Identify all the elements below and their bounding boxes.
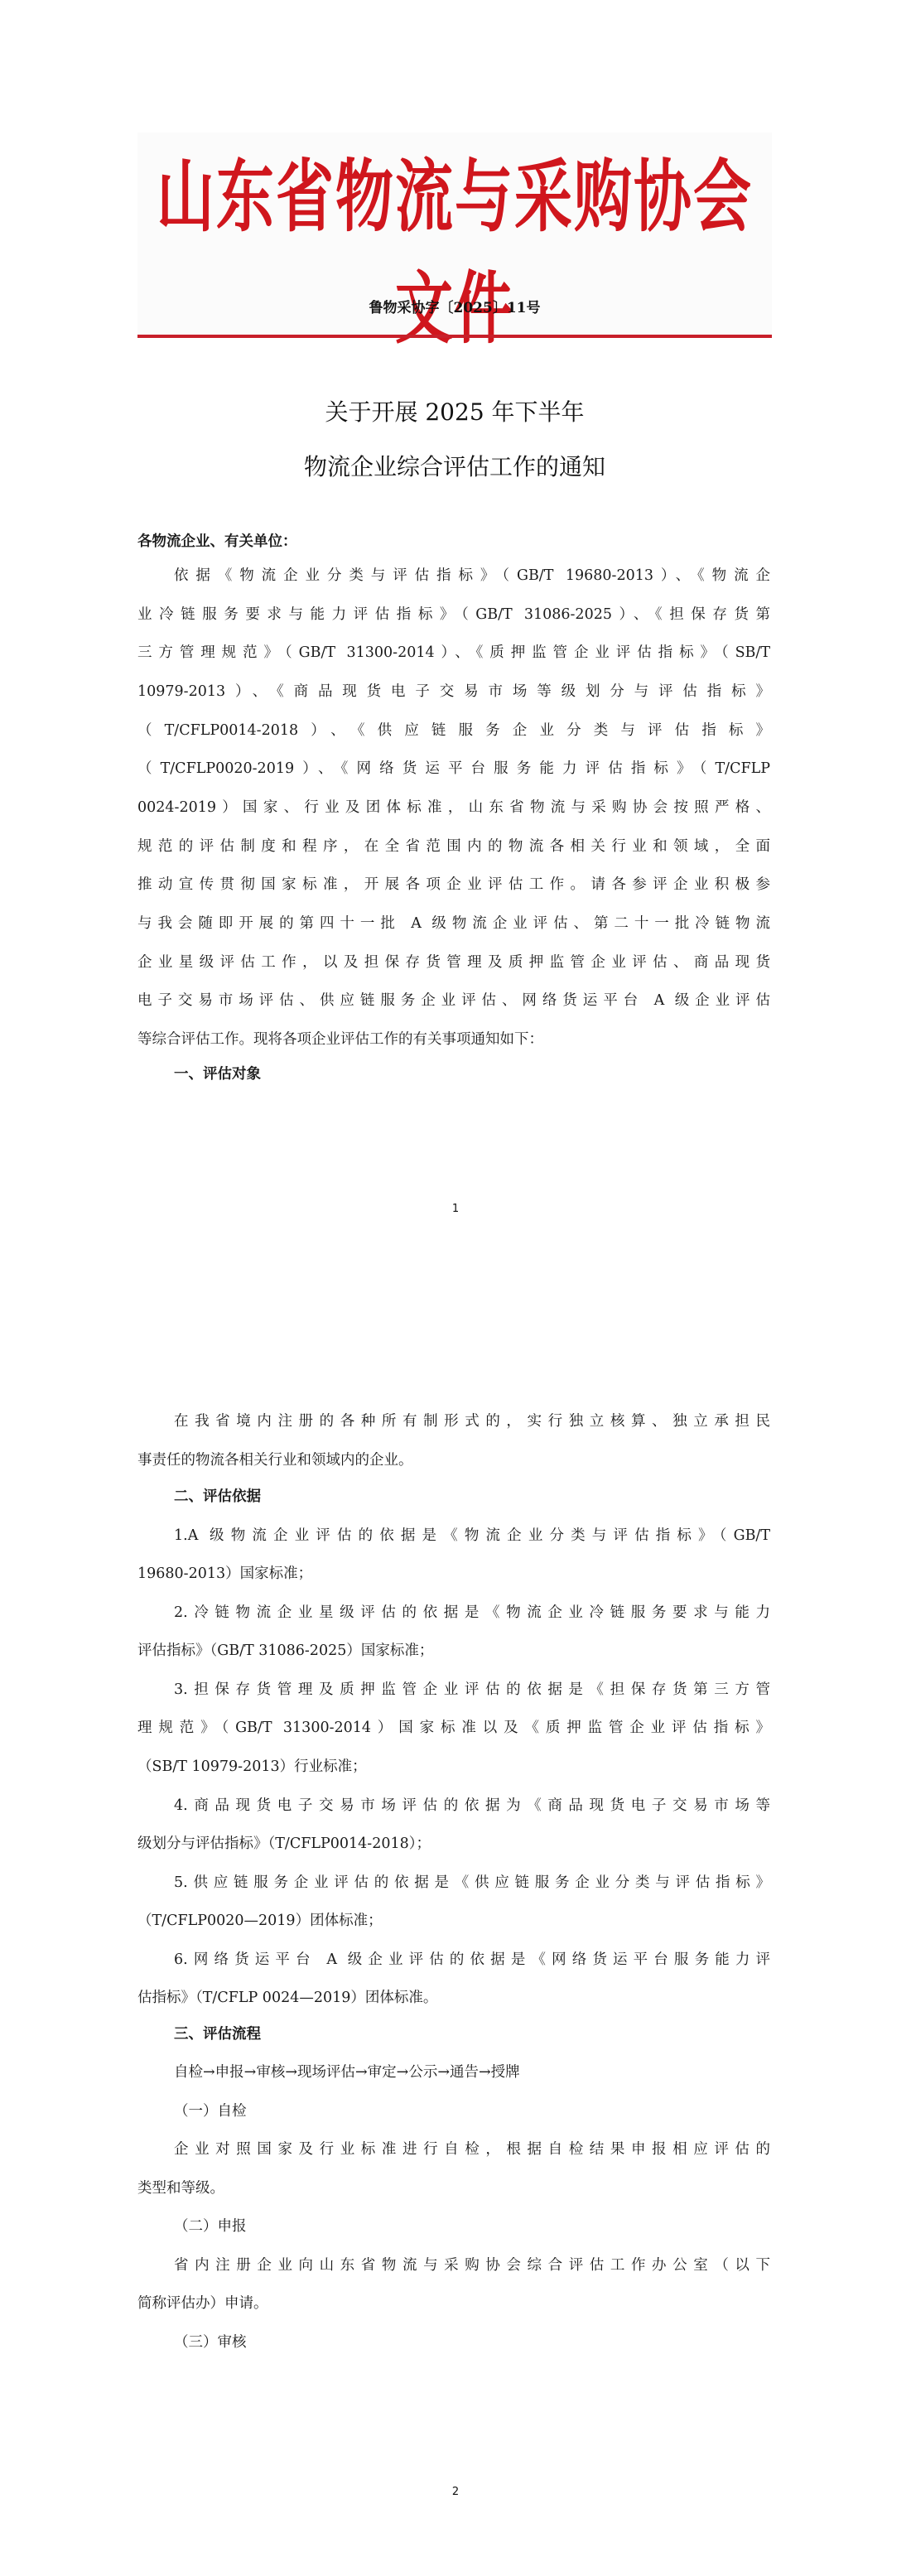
basis-item-2: 2.冷链物流企业星级评估的依据是《物流企业冷链服务要求与能力 [174,1601,770,1624]
basis-item-1-cont: 19680-2013）国家标准； [137,1562,770,1585]
basis-item-4-cont: 级划分与评估指标》（T/CFLP0014-2018）； [137,1832,770,1855]
intro-line: 业冷链服务要求与能力评估指标》（GB/T 31086-2025）、《担保存货第 [137,603,770,626]
section-heading-evaluation-basis: 二、评估依据 [174,1485,770,1508]
letterhead-banner: 山东省物流与采购协会文件 鲁物采协字〔2025〕11号 [137,133,772,336]
intro-line: 企业星级评估工作，以及担保存货管理及质押监管企业评估、商品现货 [137,951,770,974]
intro-line: 依据《物流企业分类与评估指标》（GB/T 19680-2013）、《物流企 [174,564,770,587]
intro-line: （T/CFLP0020-2019）、《网络货运平台服务能力评估指标》（T/CFL… [137,757,770,780]
intro-line: 规范的评估制度和程序，在全省范围内的物流各相关行业和领域，全面 [137,835,770,858]
basis-item-2-cont: 评估指标》（GB/T 31086-2025）国家标准； [137,1639,770,1662]
document-number: 鲁物采协字〔2025〕11号 [137,298,772,318]
section-heading-evaluation-process: 三、评估流程 [174,2023,770,2046]
org-letterhead-title: 山东省物流与采购协会文件 [137,141,772,364]
intro-line: 10979-2013）、《商品现货电子交易市场等级划分与评估指标》 [137,680,770,703]
notice-title-line2: 物流企业综合评估工作的通知 [137,452,772,482]
intro-line: 电子交易市场评估、供应链服务企业评估、网络货运平台 A 级企业评估 [137,989,770,1012]
process-flow: 自检→申报→审核→现场评估→审定→公示→通告→授牌 [174,2061,770,2084]
basis-item-4: 4.商品现货电子交易市场评估的依据为《商品现货电子交易市场等 [174,1794,770,1817]
basis-item-3-cont: 理规范》（GB/T 31300-2014）国家标准以及《质押监管企业评估指标》 [137,1716,770,1739]
intro-line: 0024-2019）国家、行业及团体标准，山东省物流与采购协会按照严格、 [137,796,770,819]
basis-item-5: 5.供应链服务企业评估的依据是《供应链服务企业分类与评估指标》 [174,1871,770,1894]
notice-title-line1: 关于开展 2025 年下半年 [137,398,772,427]
section-body-line: 事责任的物流各相关行业和领域内的企业。 [137,1449,770,1472]
salutation: 各物流企业、有关单位： [137,530,770,553]
basis-item-6-cont: 估指标》（T/CFLP 0024—2019）团体标准。 [137,1986,770,2009]
basis-item-5-cont: （T/CFLP0020—2019）团体标准； [137,1909,770,1932]
intro-line: 推动宣传贯彻国家标准，开展各项企业评估工作。请各参评企业积极参 [137,873,770,896]
subsection-heading-self-check: （一）自检 [174,2100,770,2123]
intro-line: 三方管理规范》（GB/T 31300-2014）、《质押监管企业评估指标》（SB… [137,641,770,664]
letterhead-divider [137,335,772,338]
subsection-heading-review: （三）审核 [174,2331,770,2354]
page-number: 1 [439,1202,472,1217]
intro-line: （T/CFLP0014-2018）、《供应链服务企业分类与评估指标》 [137,719,770,742]
basis-item-6: 6.网络货运平台 A 级企业评估的依据是《网络货运平台服务能力评 [174,1948,770,1971]
subsection-body-line: 企业对照国家及行业标准进行自检，根据自检结果申报相应评估的 [174,2138,770,2161]
intro-line: 与我会随即开展的第四十一批 A 级物流企业评估、第二十一批冷链物流 [137,912,770,935]
basis-item-3-cont: （SB/T 10979-2013）行业标准； [137,1755,770,1778]
page-number: 2 [439,2485,472,2500]
basis-item-1: 1.A 级物流企业评估的依据是《物流企业分类与评估指标》（GB/T [174,1524,770,1547]
section-heading-evaluation-targets: 一、评估对象 [174,1063,770,1086]
subsection-body-line: 简称评估办）申请。 [137,2292,770,2315]
subsection-heading-application: （二）申报 [174,2215,770,2238]
subsection-body-line: 省内注册企业向山东省物流与采购协会综合评估工作办公室（以下 [174,2254,770,2277]
section-body-line: 在我省境内注册的各种所有制形式的，实行独立核算、独立承担民 [174,1410,770,1433]
intro-line: 等综合评估工作。现将各项企业评估工作的有关事项通知如下： [137,1028,770,1051]
basis-item-3: 3.担保存货管理及质押监管企业评估的依据是《担保存货第三方管 [174,1678,770,1701]
subsection-body-line: 类型和等级。 [137,2177,770,2200]
